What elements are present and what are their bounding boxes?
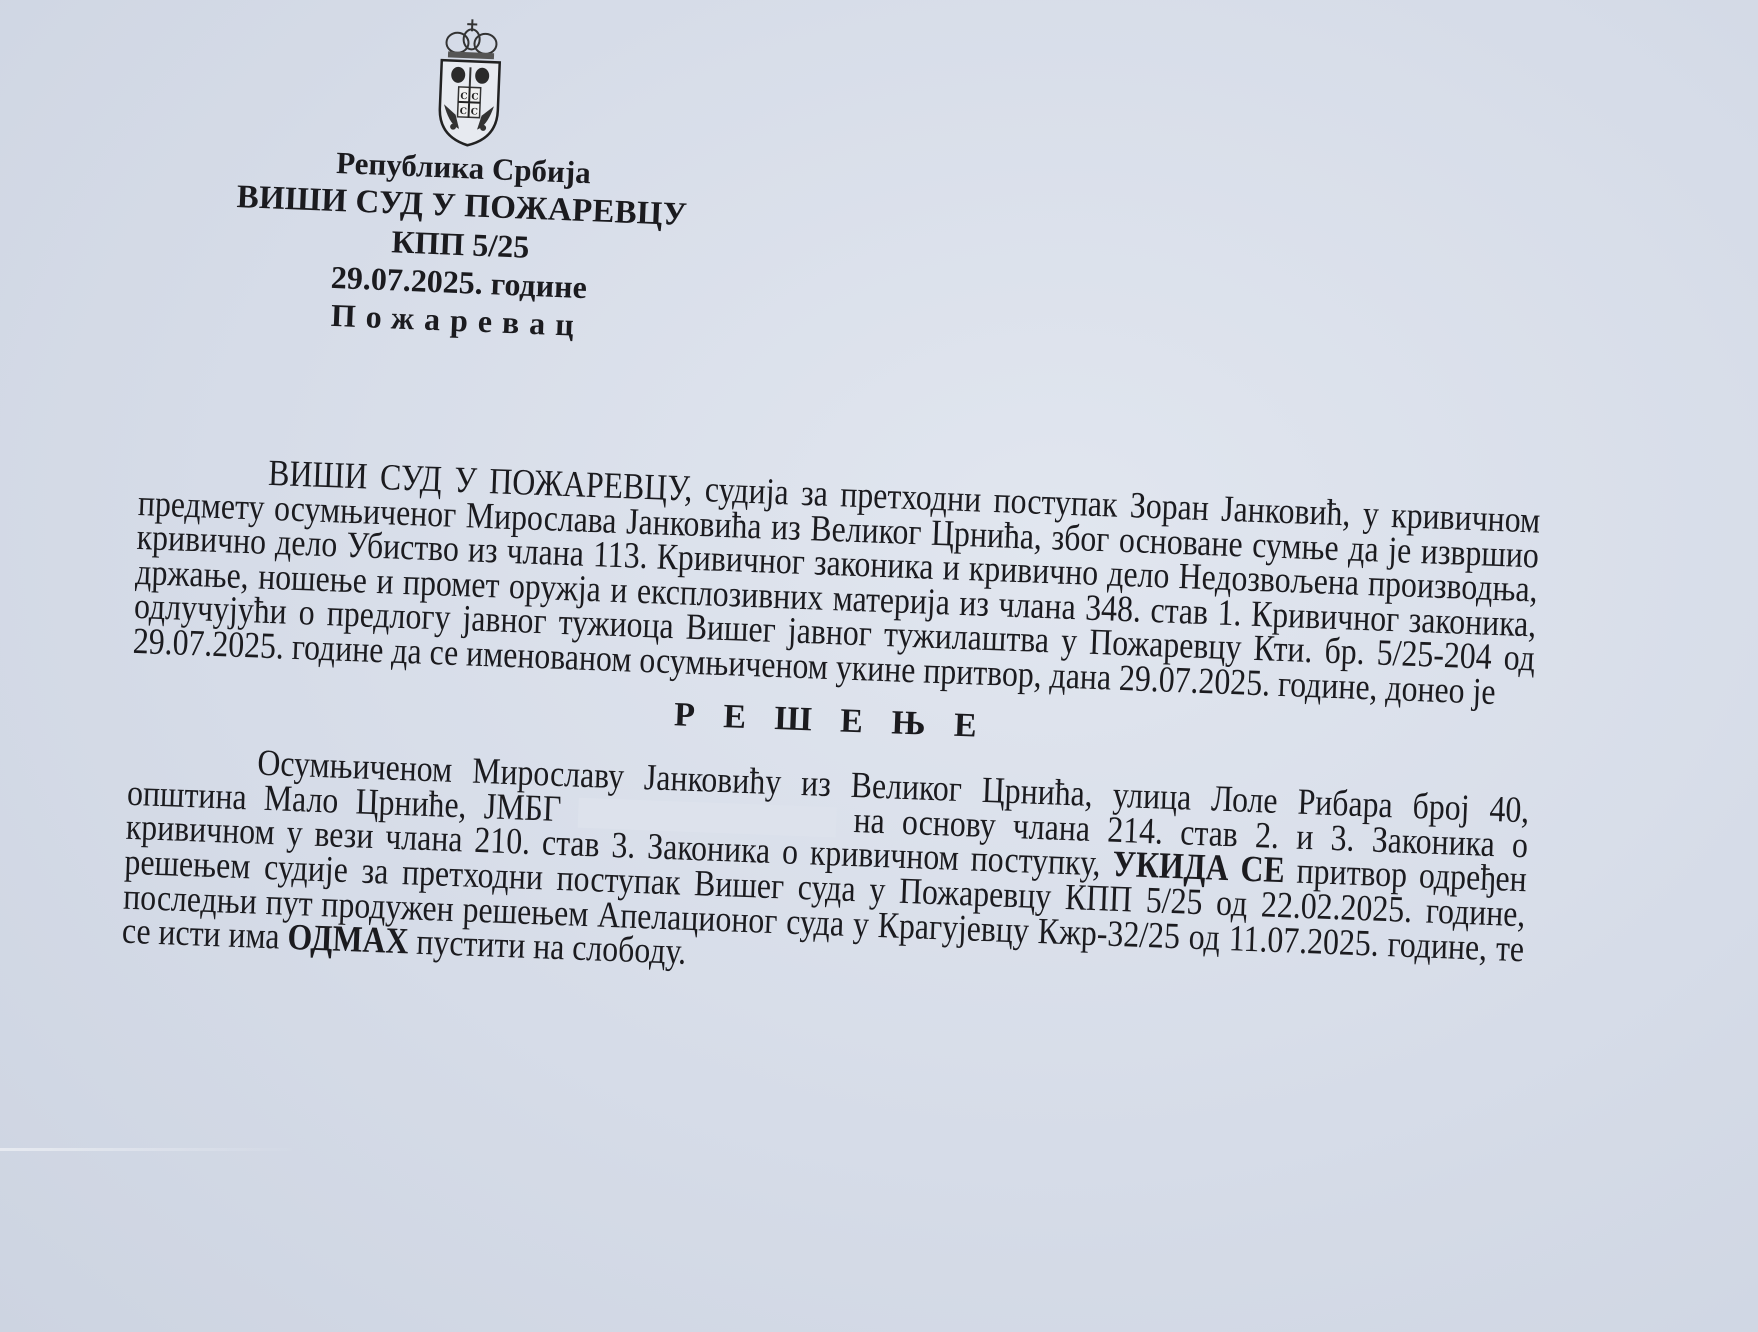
svg-text:С: С: [471, 107, 479, 117]
serbian-coat-of-arms-icon: С С С С: [428, 16, 511, 149]
svg-text:С: С: [460, 92, 468, 102]
decision-paragraph: Осумњиченом Мирославу Јанковићу из Велик…: [121, 742, 1530, 1002]
document-page: С С С С Република Србија ВИШИ СУД У ПОЖА…: [0, 0, 1758, 1332]
intro-paragraph: ВИШИ СУД У ПОЖАРЕВЦУ, судија за претходн…: [132, 452, 1541, 712]
decision-bold-immediately: ОДМАХ: [287, 917, 410, 963]
svg-text:С: С: [460, 107, 468, 117]
document-header: С С С С Република Србија ВИШИ СУД У ПОЖА…: [177, 0, 750, 350]
svg-text:С: С: [471, 92, 479, 102]
paper-fold: [0, 1148, 300, 1151]
document-body: ВИШИ СУД У ПОЖАРЕВЦУ, судија за претходн…: [121, 452, 1729, 1009]
decision-part4: пустити на слободу.: [416, 922, 687, 973]
intro-text: , судија за претходни поступак Зоран Јан…: [132, 468, 1541, 713]
